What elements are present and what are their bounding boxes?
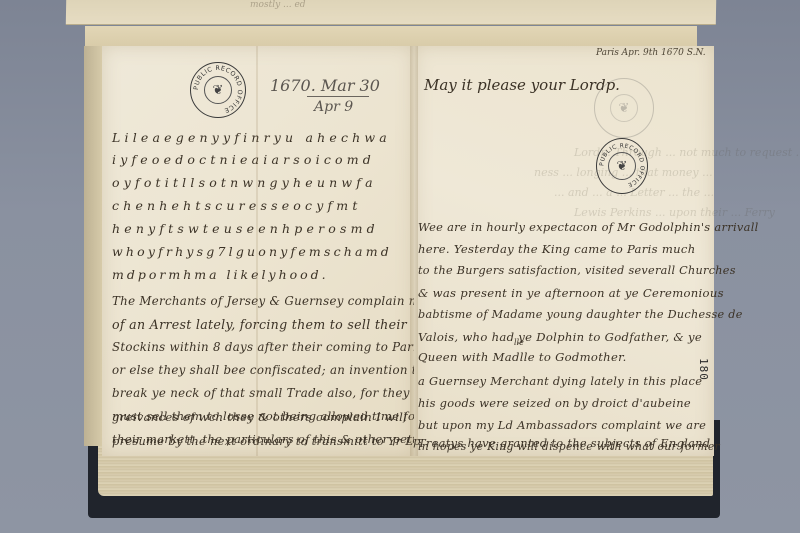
cipher-line: whoyfrhysg7lguonyfemschamd (112, 244, 392, 259)
public-record-office-stamp: PUBLIC RECORD OFFICE ❦ (596, 138, 648, 194)
cipher-line: oyfotitllsotnwngyheunwfa (112, 175, 377, 190)
previous-leaf-edge (66, 0, 716, 25)
pencil-date-line2: Apr 9 (314, 99, 353, 115)
left-page-edges (84, 46, 102, 446)
prose-line: Stockins within 8 days after their comin… (112, 340, 428, 354)
right-page: Paris Apr. 9th 1670 S.N. May it please y… (414, 46, 714, 456)
crest-ghost-icon: ❦ (610, 94, 638, 122)
prose-line: Treatys have granted to the subjects of … (418, 436, 710, 450)
cipher-line: iyfeoedoctnieaiarsoicomd (112, 152, 375, 167)
stamp-ring-icon: PUBLIC RECORD OFFICE (597, 139, 647, 193)
prose-line: presume by the next ordinary to transmit… (112, 434, 421, 448)
salutation: May it please your Lordp. (424, 76, 620, 94)
cipher-line: henyftswteuseenhperosmd (112, 221, 379, 236)
stamp-ring-icon: PUBLIC RECORD OFFICE (191, 63, 245, 117)
prose-line: his goods were seized on by droict d'aub… (418, 396, 691, 410)
prose-line: Queen with Madlle to Godmother. (418, 350, 627, 364)
pencil-date-rule (307, 96, 369, 97)
prose-line: break ye neck of that small Trade also, … (112, 386, 410, 400)
ghost-stamp-bleed-through: ❦ (594, 78, 654, 138)
cipher-line: chenhehtscuresseocyfmt (112, 198, 362, 213)
cipher-line: Lileaegenyyfinryu ahechwa (112, 130, 391, 145)
prose-line: The Merchants of Jersey & Guernsey compl… (112, 294, 443, 308)
book-gutter (410, 46, 418, 456)
prose-line: or else they shall bee confiscated; an i… (112, 363, 424, 377)
prose-line: a Guernsey Merchant dying lately in this… (418, 374, 702, 388)
left-page: PUBLIC RECORD OFFICE ❦ 1670. Mar 30 Apr … (102, 46, 414, 456)
dateline: Paris Apr. 9th 1670 S.N. (596, 48, 706, 58)
prose-line: here. Yesterday the King came to Paris m… (418, 242, 695, 256)
prose-line: & was present in ye afternoon at ye Cere… (418, 286, 724, 300)
paper-fold-crease (256, 46, 258, 456)
public-record-office-stamp: PUBLIC RECORD OFFICE ❦ (190, 62, 246, 118)
interlinear-insert: lle (514, 338, 524, 347)
svg-text:PUBLIC RECORD OFFICE: PUBLIC RECORD OFFICE (599, 143, 644, 187)
previous-leaf-ghost-text: mostly ... ed (250, 0, 306, 10)
bleed-through-line: Lewis Perkins ... upon their ... Ferry (574, 206, 775, 219)
prose-line: babtisme of Madame young daughter the Du… (418, 308, 743, 321)
prose-line: of an Arrest lately, forcing them to sel… (112, 317, 407, 332)
prose-line: Wee are in hourly expectacon of Mr Godol… (418, 220, 759, 234)
pencil-date-line1: 1670. Mar 30 (270, 76, 380, 95)
prose-line: Valois, who had ye Dolphin to Godfather,… (418, 330, 702, 344)
prose-line: but upon my Ld Ambassadors complaint we … (418, 418, 706, 432)
prose-line: to the Burgers satisfaction, visited sev… (418, 264, 736, 277)
svg-text:PUBLIC RECORD OFFICE: PUBLIC RECORD OFFICE (193, 65, 243, 114)
folio-number: 180 (697, 358, 710, 381)
prose-line: greivances of wch they & others complain… (112, 410, 407, 424)
cipher-line: mdpormhma likelyhood. (112, 267, 329, 282)
